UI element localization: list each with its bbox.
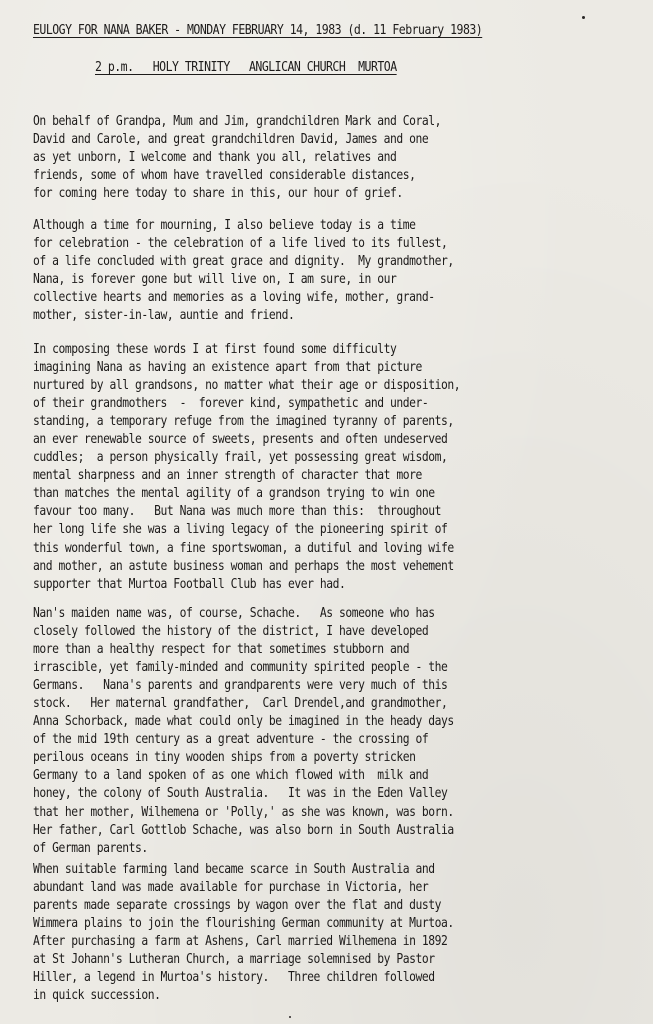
text-line: Hiller, a legend in Murtoa's history. Th… [33,968,454,986]
text-line: mental sharpness and an inner strength o… [33,466,460,484]
text-line: cuddles; a person physically frail, yet … [33,448,460,466]
text-line: in quick succession. [33,986,454,1004]
text-line: irrascible, yet family-minded and commun… [33,658,454,676]
document-subtitle: 2 p.m. HOLY TRINITY ANGLICAN CHURCH MURT… [95,60,397,75]
text-line: imagining Nana as having an existence ap… [33,358,460,376]
text-line: of German parents. [33,839,454,857]
text-line: Germans. Nana's parents and grandparents… [33,676,454,694]
text-line: supporter that Murtoa Football Club has … [33,575,460,593]
document-page: EULOGY FOR NANA BAKER - MONDAY FEBRUARY … [0,0,653,1024]
text-line: Anna Schorback, made what could only be … [33,712,454,730]
text-line: her long life she was a living legacy of… [33,520,460,538]
text-line: stock. Her maternal grandfather, Carl Dr… [33,694,454,712]
document-title: EULOGY FOR NANA BAKER - MONDAY FEBRUARY … [33,23,482,38]
paper-speck [582,16,585,19]
text-line: Although a time for mourning, I also bel… [33,216,454,234]
text-line: that her mother, Wilhemena or 'Polly,' a… [33,803,454,821]
text-line: When suitable farming land became scarce… [33,860,454,878]
text-line: closely followed the history of the dist… [33,622,454,640]
text-line: Her father, Carl Gottlob Schache, was al… [33,821,454,839]
text-line: favour too many. But Nana was much more … [33,502,460,520]
text-line: In composing these words I at first foun… [33,340,460,358]
text-line: Wimmera plains to join the flourishing G… [33,914,454,932]
text-line: for coming here today to share in this, … [33,184,441,202]
text-line: at St Johann's Lutheran Church, a marria… [33,950,454,968]
text-line: nurtured by all grandsons, no matter wha… [33,376,460,394]
text-line: Nana, is forever gone but will live on, … [33,270,454,288]
text-line: and mother, an astute business woman and… [33,557,460,575]
paragraph-grandmother: In composing these words I at first foun… [33,340,460,593]
text-line: David and Carole, and great grandchildre… [33,130,441,148]
text-line: an ever renewable source of sweets, pres… [33,430,460,448]
text-line: than matches the mental agility of a gra… [33,484,460,502]
paragraph-murtoa: When suitable farming land became scarce… [33,860,454,1004]
text-line: honey, the colony of South Australia. It… [33,784,454,802]
text-line: Germany to a land spoken of as one which… [33,766,454,784]
paragraph-heritage: Nan's maiden name was, of course, Schach… [33,604,454,857]
text-line: of the mid 19th century as a great adven… [33,730,454,748]
text-line: friends, some of whom have travelled con… [33,166,441,184]
paragraph-welcome: On behalf of Grandpa, Mum and Jim, grand… [33,112,441,202]
text-line: of a life concluded with great grace and… [33,252,454,270]
text-line: standing, a temporary refuge from the im… [33,412,460,430]
paragraph-celebration: Although a time for mourning, I also bel… [33,216,454,324]
text-line: abundant land was made available for pur… [33,878,454,896]
text-line: parents made separate crossings by wagon… [33,896,454,914]
text-line: collective hearts and memories as a lovi… [33,288,454,306]
text-line: as yet unborn, I welcome and thank you a… [33,148,441,166]
text-line: perilous oceans in tiny wooden ships fro… [33,748,454,766]
text-line: Nan's maiden name was, of course, Schach… [33,604,454,622]
text-line: for celebration - the celebration of a l… [33,234,454,252]
text-line: mother, sister-in-law, auntie and friend… [33,306,454,324]
text-line: of their grandmothers - forever kind, sy… [33,394,460,412]
text-line: this wonderful town, a fine sportswoman,… [33,539,460,557]
text-line: On behalf of Grandpa, Mum and Jim, grand… [33,112,441,130]
paper-speck [289,1016,291,1018]
text-line: After purchasing a farm at Ashens, Carl … [33,932,454,950]
text-line: more than a healthy respect for that som… [33,640,454,658]
